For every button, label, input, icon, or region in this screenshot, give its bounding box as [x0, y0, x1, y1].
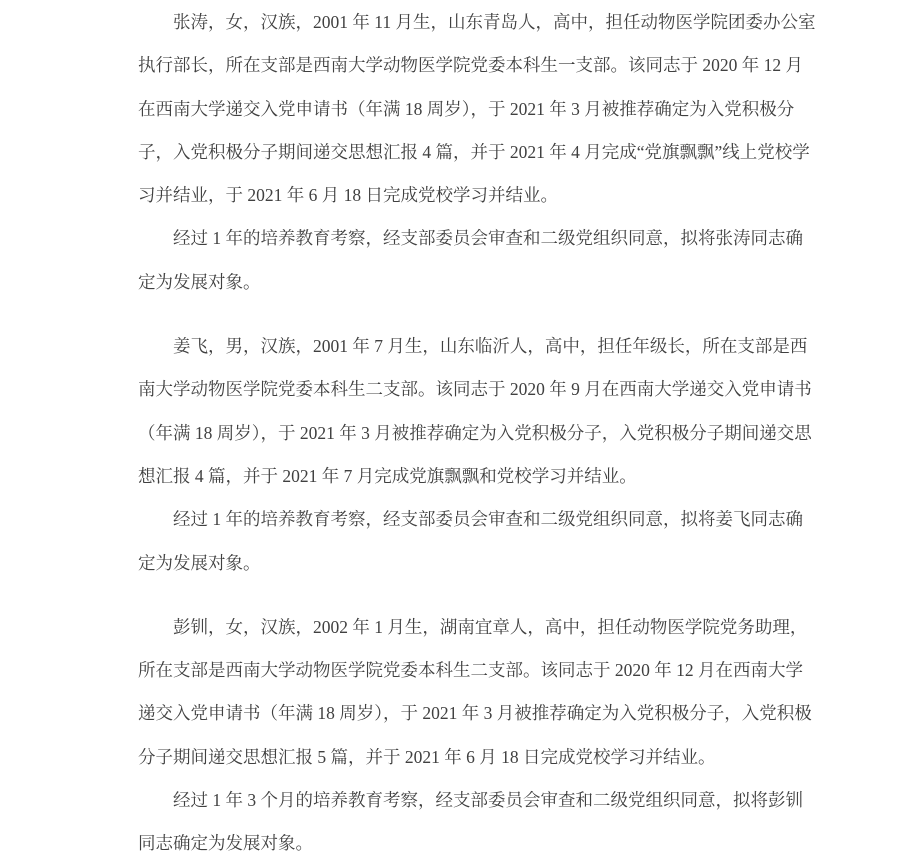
paragraph-jiangfei-conclusion: 经过 1 年的培养教育考察，经支部委员会审查和二级党组织同意，拟将姜飞同志确定为…: [138, 498, 818, 585]
paragraph-zhangtao-profile: 张涛，女，汉族，2001 年 11 月生，山东青岛人，高中，担任动物医学院团委办…: [138, 1, 818, 217]
paragraph-pengchuan-profile: 彭钏，女，汉族，2002 年 1 月生，湖南宜章人，高中，担任动物医学院党务助理…: [138, 606, 818, 779]
paragraph-jiangfei-profile: 姜飞，男，汉族，2001 年 7 月生，山东临沂人，高中，担任年级长，所在支部是…: [138, 325, 818, 498]
paragraph-zhangtao-conclusion: 经过 1 年的培养教育考察，经支部委员会审查和二级党组织同意，拟将张涛同志确定为…: [138, 217, 818, 304]
document-page: 张涛，女，汉族，2001 年 11 月生，山东青岛人，高中，担任动物医学院团委办…: [138, 0, 818, 866]
paragraph-pengchuan-conclusion: 经过 1 年 3 个月的培养教育考察，经支部委员会审查和二级党组织同意，拟将彭钏…: [138, 779, 818, 866]
